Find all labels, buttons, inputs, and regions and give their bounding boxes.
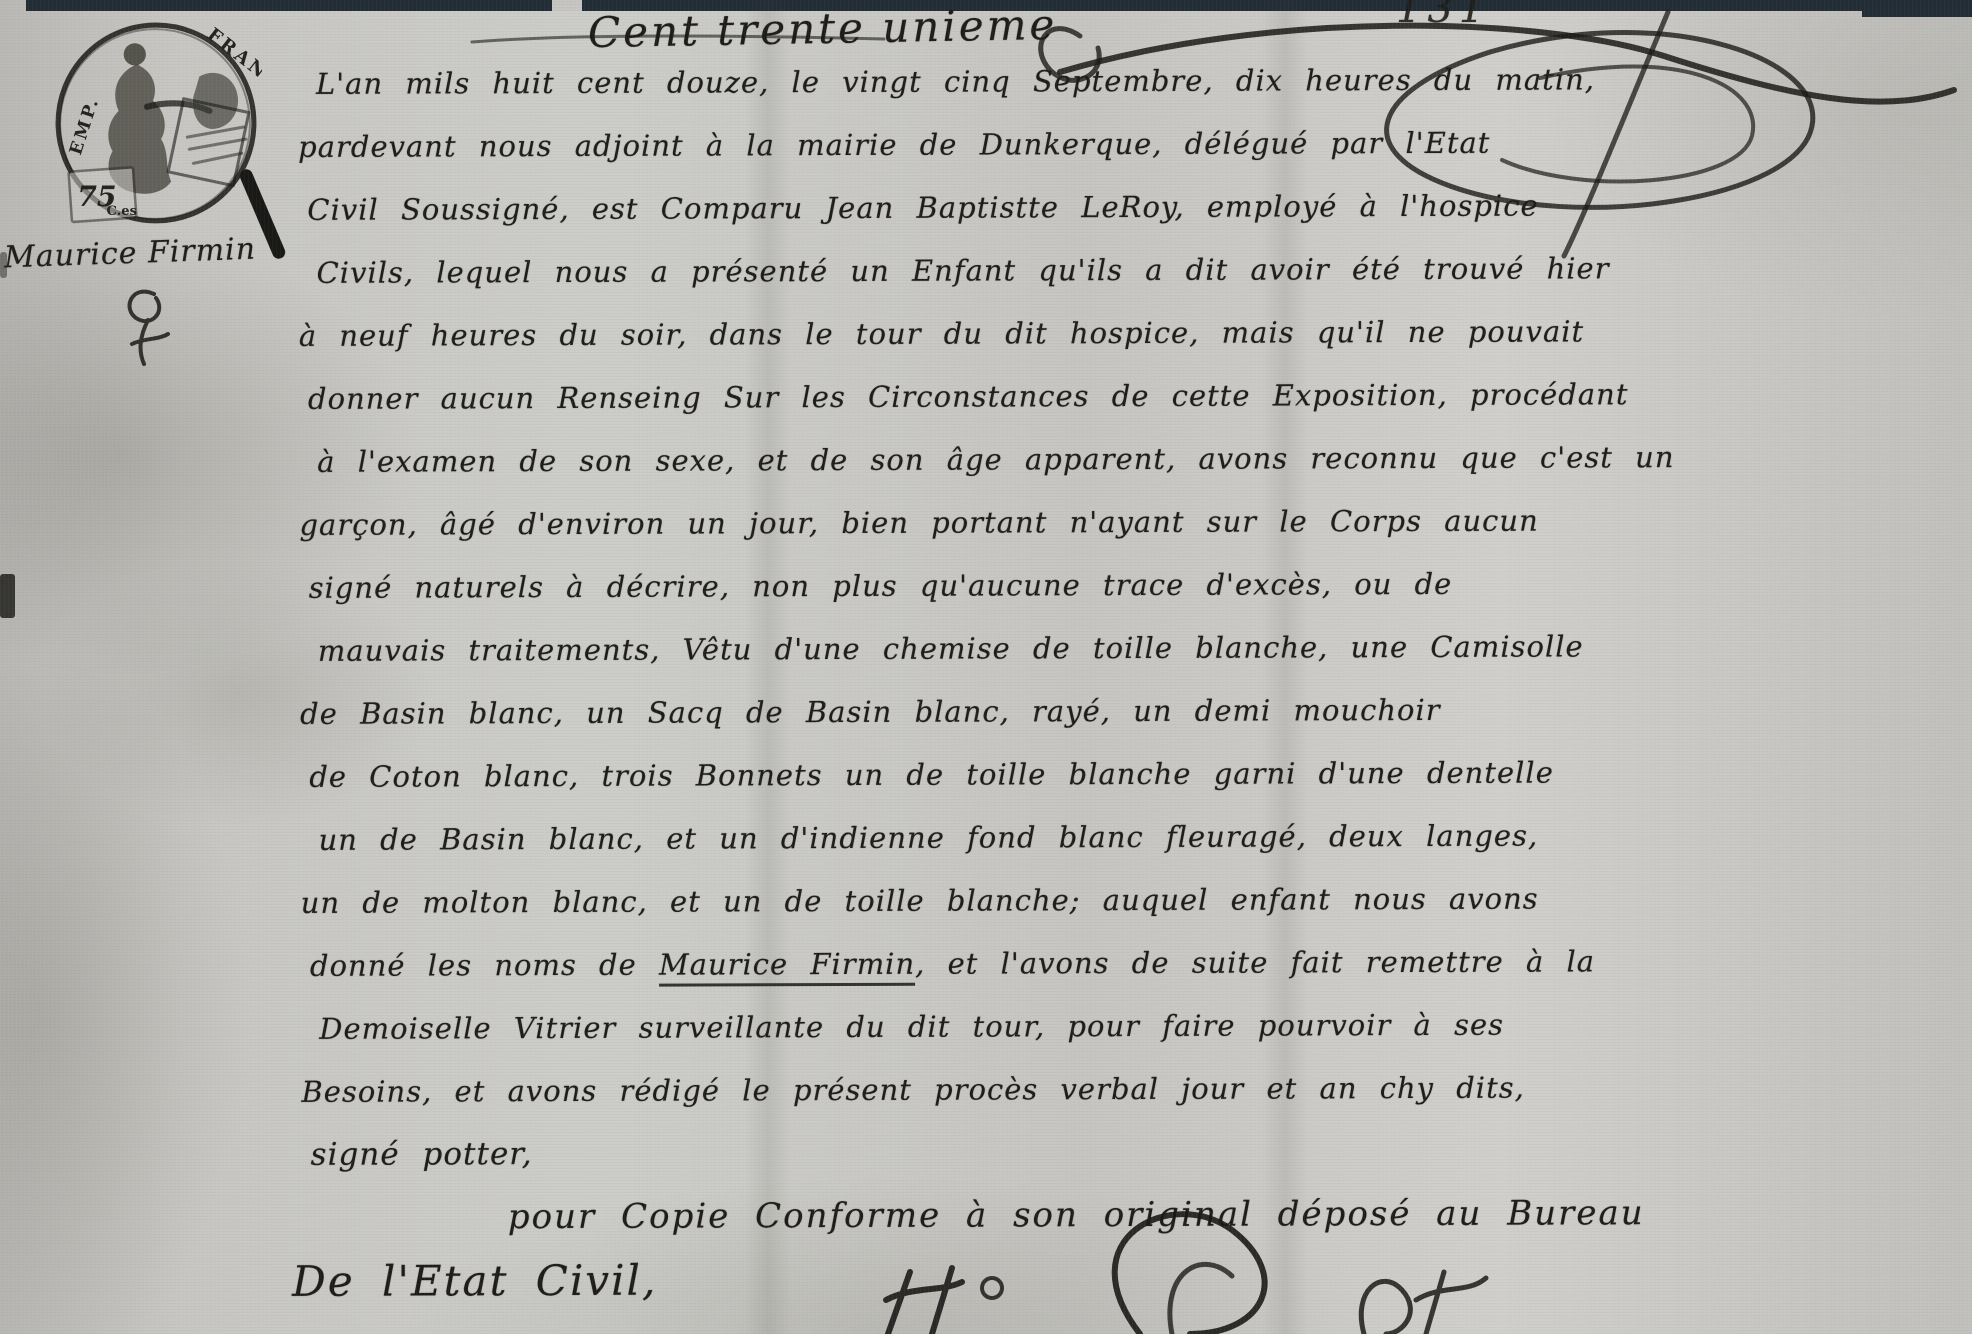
record-line: pardevant nous adjoint à la mairie de Du…	[298, 110, 1956, 179]
page-number: 131	[1396, 0, 1490, 32]
empire-revenue-stamp-seal: FRAN. EMP. 75 C.es	[50, 20, 262, 232]
record-line: un de molton blanc, et un de toille blan…	[301, 866, 1959, 935]
record-line-child-name: donné les noms de Maurice Firmin, et l'a…	[310, 929, 1959, 998]
margin-child-name: Maurice Firmin	[3, 232, 256, 276]
seal-value-unit: C.es	[107, 204, 137, 219]
official-signature-flourish	[840, 1180, 1560, 1334]
record-line: de Basin blanc, un Sacq de Basin blanc, …	[300, 677, 1958, 746]
record-line: Besoins, et avons rédigé le présent proc…	[301, 1055, 1959, 1124]
record-line: garçon, âgé d'environ un jour, bien port…	[299, 488, 1957, 557]
record-body: L'an mils huit cent douze, le vingt cinq…	[294, 47, 1960, 1313]
record-line: un de Basin blanc, et un d'indienne fond…	[318, 803, 1958, 872]
scan-top-right-corner	[1862, 0, 1972, 17]
record-line: signé naturels à décrire, non plus qu'au…	[309, 551, 1958, 620]
record-line: mauvais traitements, Vêtu d'une chemise …	[318, 614, 1958, 683]
record-line: Civil Soussigné, est Comparu Jean Baptis…	[307, 173, 1956, 242]
record-line: à neuf heures du soir, dans le tour du d…	[299, 299, 1957, 368]
record-line: donner aucun Renseing Sur les Circonstan…	[308, 362, 1957, 431]
record-line: à l'examen de son sexe, et de son âge ap…	[317, 425, 1957, 494]
record-signed-line: signé potter,	[311, 1118, 1960, 1187]
seal-arc-text-left: EMP.	[66, 94, 104, 157]
record-line: Civils, lequel nous a présenté un Enfant…	[316, 236, 1956, 305]
name-line-suffix: , et l'avons de suite fait remettre à la	[915, 944, 1595, 980]
record-line: de Coton blanc, trois Bonnets un de toil…	[309, 740, 1958, 809]
document-scan: Cent trente unieme 131 FRAN. EMP. 75 C.e…	[0, 0, 1972, 1334]
record-line: L'an mils huit cent douze, le vingt cinq…	[316, 47, 1956, 116]
pen-stroke-through-heading	[468, 28, 888, 50]
name-line-prefix: donné les noms de	[310, 948, 659, 983]
child-name-underlined: Maurice Firmin	[659, 947, 915, 987]
margin-paraph-flourish	[118, 284, 178, 368]
scan-top-edge-notch	[552, 0, 582, 11]
record-line: Demoiselle Vitrier surveillante du dit t…	[319, 992, 1959, 1061]
edge-ink-smudge	[0, 574, 15, 618]
